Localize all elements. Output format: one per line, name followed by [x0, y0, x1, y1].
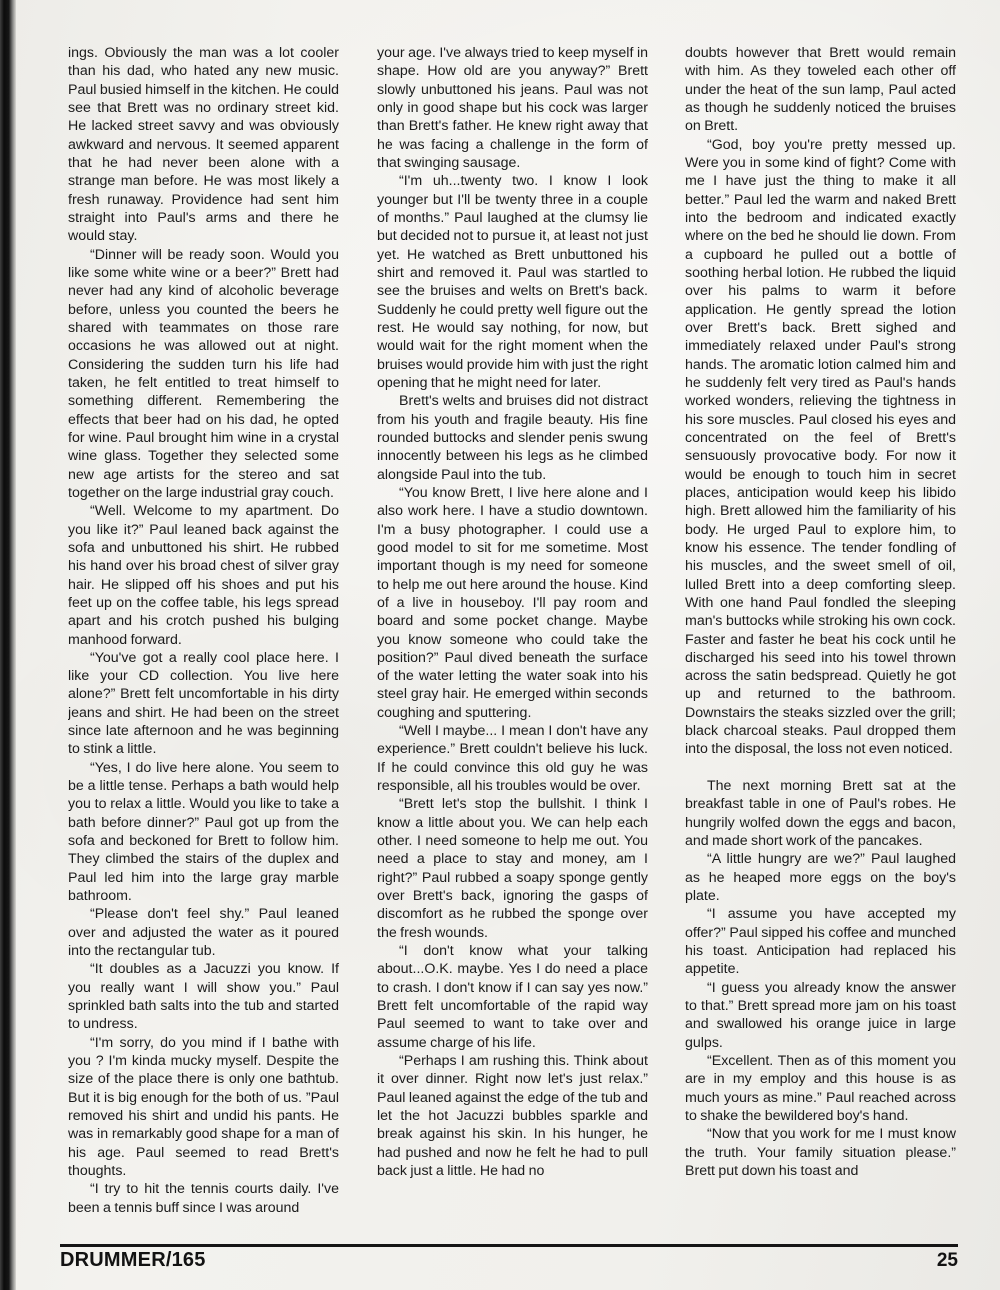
- paragraph: “God, boy you're pretty messed up. Were …: [685, 136, 956, 759]
- scanned-page: ings. Obviously the man was a lot cooler…: [0, 0, 1000, 1290]
- text-column-3: doubts however that Brett would remain w…: [685, 44, 956, 1248]
- scan-edge-shadow: [0, 0, 16, 1290]
- page-number: 25: [937, 1250, 958, 1272]
- paragraph: “A little hungry are we?” Paul laughed a…: [685, 850, 956, 905]
- paragraph: The next morning Brett sat at the breakf…: [685, 777, 956, 850]
- paragraph: doubts however that Brett would remain w…: [685, 44, 956, 136]
- footer-rule: [60, 1244, 958, 1247]
- footer-row: DRUMMER/165 25: [60, 1249, 958, 1272]
- paragraph: “Yes, I do live here alone. You seem to …: [68, 759, 339, 906]
- paragraph: “Well. Welcome to my apartment. Do you l…: [68, 502, 339, 649]
- article-body: ings. Obviously the man was a lot cooler…: [68, 44, 956, 1248]
- paragraph: “You know Brett, I live here alone and I…: [377, 484, 648, 722]
- page-footer: DRUMMER/165 25: [60, 1244, 958, 1272]
- journal-title: DRUMMER/165: [60, 1249, 206, 1272]
- paragraph: “Please don't feel shy.” Paul leaned ove…: [68, 905, 339, 960]
- paragraph: “Dinner will be ready soon. Would you li…: [68, 246, 339, 503]
- paragraph: your age. I've always tried to keep myse…: [377, 44, 648, 172]
- paragraph: “I try to hit the tennis courts daily. I…: [68, 1180, 339, 1217]
- text-column-2: your age. I've always tried to keep myse…: [377, 44, 648, 1248]
- paragraph: “I guess you already know the answer to …: [685, 979, 956, 1052]
- paragraph: “Now that you work for me I must know th…: [685, 1125, 956, 1180]
- paragraph: “You've got a really cool place here. I …: [68, 649, 339, 759]
- paragraph: ings. Obviously the man was a lot cooler…: [68, 44, 339, 246]
- paragraph: “I assume you have accepted my offer?” P…: [685, 905, 956, 978]
- paragraph: “Perhaps I am rushing this. Think about …: [377, 1052, 648, 1180]
- paragraph: “I'm uh...twenty two. I know I look youn…: [377, 172, 648, 392]
- paragraph: “I'm sorry, do you mind if I bathe with …: [68, 1034, 339, 1181]
- paragraph: Brett's welts and bruises did not distra…: [377, 392, 648, 484]
- text-column-1: ings. Obviously the man was a lot cooler…: [68, 44, 339, 1248]
- paragraph: “Excellent. Then as of this moment you a…: [685, 1052, 956, 1125]
- paragraph: “I don't know what your talking about...…: [377, 942, 648, 1052]
- paragraph: “Brett let's stop the bullshit. I think …: [377, 795, 648, 942]
- paragraph: “Well I maybe... I mean I don't have any…: [377, 722, 648, 795]
- paragraph: “It doubles as a Jacuzzi you know. If yo…: [68, 960, 339, 1033]
